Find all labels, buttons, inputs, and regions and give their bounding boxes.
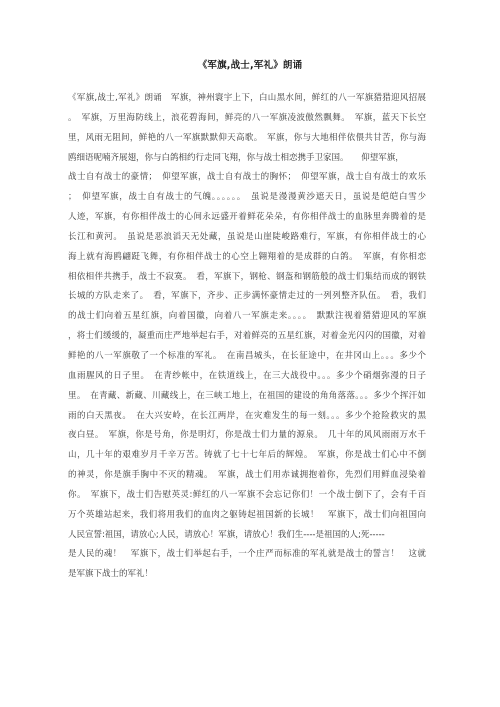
text-line: 长城的方队走来了。 看，军旗下，齐步、正步满怀豪情走过的一列列整齐队伍。 看，我… (68, 287, 426, 307)
text-line: 山，几十年的艰难岁月千辛万苦。铸就了七十七年后的辉煌。 军旗，你是战士们心中不倒 (68, 446, 426, 466)
text-line: 战士自有战士的豪情； 仰望军旗，战士自有战士的胸怀； 仰望军旗，战士自有战士的欢… (68, 168, 426, 188)
text-line: 海上就有海鸥翩跹飞舞，有你相伴战士的心空上翱翔着的是成群的白鸽。 军旗，有你相恋 (68, 248, 426, 268)
text-line: 鸥细语呢喃齐展翅，你与白鸽相约行走同飞翔，你与战士相恋携手卫家国。 仰望军旗， (68, 149, 426, 169)
document-body: 《军旗,战士,军礼》朗诵 军旗，神州寰宇上下，白山黑水间，鲜红的八一军旗猎猎迎风… (68, 89, 426, 585)
text-line: 鲜艳的八一军旗敬了一个标准的军礼。 在南昌城头，在长征途中，在井冈山上。。。多少… (68, 347, 426, 367)
text-line: 里。 在青藏、新藏、川藏线上，在三峡工地上，在祖国的建设的角角落落。。。多少个挥… (68, 387, 426, 407)
document-title: 《军旗,战士,军礼》朗诵 (0, 57, 500, 71)
text-line: 是人民的魂！ 军旗下，战士们举起右手，一个庄严而标准的军礼就是战士的誓言！ 这就 (68, 545, 426, 565)
text-line: 里，风雨无阻间，鲜艳的八一军旗默默仰天高歌。 军旗，你与大地相伴依偎共甘苦，你与… (68, 129, 426, 149)
text-line: 的神灵，你是旗手胸中不灭的精魂。 军旗，战士们用赤诚拥抱着你，先烈们用鲜血浸染着 (68, 466, 426, 486)
text-line: 相依相伴共携手，战士不寂寞。 看，军旗下，钢枪、钢盔和钢筋般的战士们集结而成的钢… (68, 268, 426, 288)
text-line: ； 仰望军旗，战士自有战士的气魄。。。。。。 虽说是漫漫黄沙遮天日，虽说是皑皑白… (68, 188, 426, 208)
text-line: 雨的白天黑夜。 在大兴安岭，在长江两岸，在灾难发生的每一刻。。。多少个抢险救灾的… (68, 407, 426, 427)
text-line: 血雨腥风的日子里。 在青纱帐中，在铁道线上，在三大战役中。。。多少个硝烟弥漫的日… (68, 367, 426, 387)
text-line: 夜白昼。 军旗，你是号角，你是明灯，你是战士们力量的源泉。 几十年的风风雨雨万水… (68, 426, 426, 446)
text-line: 是军旗下战士的军礼！ (68, 565, 426, 585)
text-line: 人民宣誓:祖国，请放心;人民，请放心！军旗，请放心！我们生----是祖国的人;死… (68, 526, 426, 546)
text-line: 长江和黄河。 虽说是恶浪滔天无处藏，虽说是山崖陡峻路难行，军旗，有你相伴战士的心 (68, 228, 426, 248)
text-line: 人迹，军旗，有你相伴战士的心间永远盛开着鲜花朵朵，有你相伴战士的血脉里奔腾着的是 (68, 208, 426, 228)
document-page: 《军旗,战士,军礼》朗诵 《军旗,战士,军礼》朗诵 军旗，神州寰宇上下，白山黑水… (0, 0, 500, 707)
text-line: 《军旗,战士,军礼》朗诵 军旗，神州寰宇上下，白山黑水间，鲜红的八一军旗猎猎迎风… (68, 89, 426, 109)
text-line: 的战士们向着五星红旗，向着国徽，向着八一军旗走来。。。。 默默注视着猎猎迎风的军… (68, 307, 426, 327)
text-line: 你。 军旗下，战士们告慰英灵:鲜红的八一军旗不会忘记你们！一个战士倒下了，会有千… (68, 486, 426, 506)
text-line: 。 军旗，万里海防线上，浪花碧海间，鲜亮的八一军旗凌波傲然飘舞。 军旗，蓝天下长… (68, 109, 426, 129)
text-line: ，将士们缓缓的，凝重而庄严地举起右手，对着鲜亮的五星红旗，对着金光闪闪的国徽，对… (68, 327, 426, 347)
text-line: 万个英雄站起来，我们将用我们的血肉之躯铸起祖国新的长城！ 军旗下，战士们向祖国向 (68, 506, 426, 526)
